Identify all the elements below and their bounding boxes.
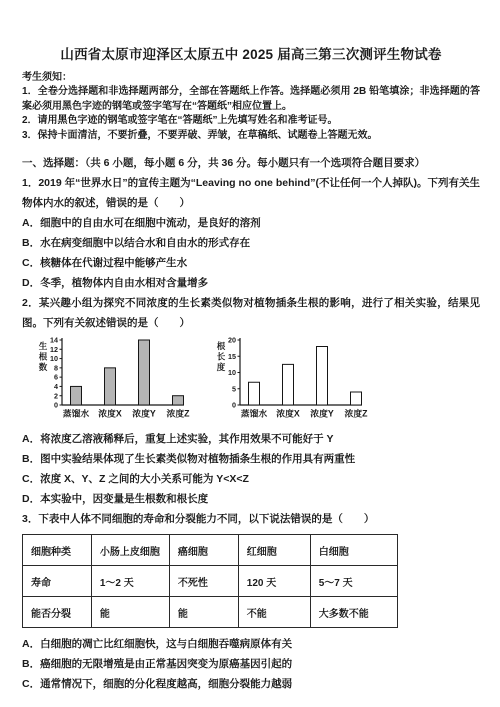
svg-text:数: 数 xyxy=(39,362,48,372)
question-3-stem: 3．下表中人体不同细胞的寿命和分裂能力不同，以下说法错误的是（ ） xyxy=(22,509,480,529)
question-1-stem: 1．2019 年“世界水日”的宣传主题为“Leaving no one behi… xyxy=(22,173,480,213)
table-row: 细胞种类 小肠上皮细胞 癌细胞 红细胞 白细胞 xyxy=(23,535,398,566)
table-cell: 不能 xyxy=(238,597,310,628)
table-cell: 能 xyxy=(169,597,238,628)
table-cell: 小肠上皮细胞 xyxy=(91,535,169,566)
question-2-option-b: B．图中实验结果体现了生长素类似物对植物插条生根的作用具有两重性 xyxy=(22,449,480,469)
svg-text:4: 4 xyxy=(54,382,58,391)
table-cell: 白细胞 xyxy=(310,535,397,566)
svg-text:0: 0 xyxy=(54,401,58,410)
question-2-option-d: D．本实验中，因变量是生根数和根长度 xyxy=(22,489,480,509)
svg-text:15: 15 xyxy=(228,352,236,361)
table-cell: 5～7 天 xyxy=(310,566,397,597)
svg-text:浓度X: 浓度X xyxy=(98,408,122,419)
svg-text:蒸馏水: 蒸馏水 xyxy=(241,408,268,419)
svg-text:根: 根 xyxy=(217,341,226,351)
svg-text:生: 生 xyxy=(39,341,48,351)
table-cell: 寿命 xyxy=(23,566,92,597)
svg-text:浓度Z: 浓度Z xyxy=(345,408,369,419)
svg-text:度: 度 xyxy=(217,362,226,372)
table-cell: 红细胞 xyxy=(238,535,310,566)
table-cell: 1～2 天 xyxy=(91,566,169,597)
svg-text:2: 2 xyxy=(54,391,58,400)
svg-text:蒸馏水: 蒸馏水 xyxy=(63,408,90,419)
table-cell: 120 天 xyxy=(238,566,310,597)
exam-paper-page: 山西省太原市迎泽区太原五中 2025 届高三第三次测评生物试卷 考生须知： 1．… xyxy=(0,0,500,707)
svg-text:浓度Z: 浓度Z xyxy=(167,408,191,419)
table-cell: 不死性 xyxy=(169,566,238,597)
svg-text:5: 5 xyxy=(232,384,236,393)
table-row: 寿命 1～2 天 不死性 120 天 5～7 天 xyxy=(23,566,398,597)
question-3-option-b: B．癌细胞的无限增殖是由正常基因突变为原癌基因引起的 xyxy=(22,654,480,674)
svg-text:浓度Y: 浓度Y xyxy=(310,408,334,419)
question-1-option-a: A．细胞中的自由水可在细胞中流动，是良好的溶剂 xyxy=(22,213,480,233)
svg-text:10: 10 xyxy=(50,354,58,363)
table-cell: 能 xyxy=(91,597,169,628)
svg-text:0: 0 xyxy=(232,401,236,410)
svg-text:浓度X: 浓度X xyxy=(276,408,300,419)
table-cell: 大多数不能 xyxy=(310,597,397,628)
table-cell: 能否分裂 xyxy=(23,597,92,628)
root-length-bar-chart: 05101520根长度蒸馏水浓度X浓度Y浓度Z xyxy=(210,335,372,427)
notice-item: 3．保持卡面清洁，不要折叠，不要弄破、弄皱，在草稿纸、试题卷上答题无效。 xyxy=(22,129,480,144)
notice-heading: 考生须知： xyxy=(22,71,480,85)
question-1-option-d: D．冬季，植物体内自由水相对含量增多 xyxy=(22,273,480,293)
section-heading: 一、选择题：（共 6 小题，每小题 6 分，共 36 分。每小题只有一个选项符合… xyxy=(22,153,480,173)
svg-text:浓度Y: 浓度Y xyxy=(132,408,156,419)
svg-text:8: 8 xyxy=(54,363,58,372)
question-2-option-a: A．将浓度乙溶液稀释后，重复上述实验，其作用效果不可能好于 Y xyxy=(22,429,480,449)
question-3-option-c: C．通常情况下，细胞的分化程度越高，细胞分裂能力越弱 xyxy=(22,674,480,694)
table-cell: 癌细胞 xyxy=(169,535,238,566)
cell-lifespan-table: 细胞种类 小肠上皮细胞 癌细胞 红细胞 白细胞 寿命 1～2 天 不死性 120… xyxy=(22,534,398,628)
question-2-figure: 02468101214生根数蒸馏水浓度X浓度Y浓度Z 05101520根长度蒸馏… xyxy=(32,335,480,427)
svg-text:根: 根 xyxy=(39,352,48,362)
question-1-option-c: C．核糖体在代谢过程中能够产生水 xyxy=(22,253,480,273)
svg-text:10: 10 xyxy=(228,368,236,377)
page-title: 山西省太原市迎泽区太原五中 2025 届高三第三次测评生物试卷 xyxy=(22,46,480,63)
table-cell: 细胞种类 xyxy=(23,535,92,566)
svg-text:20: 20 xyxy=(228,336,236,345)
svg-text:14: 14 xyxy=(50,336,58,345)
rooting-count-bar-chart: 02468101214生根数蒸馏水浓度X浓度Y浓度Z xyxy=(32,335,194,427)
svg-text:12: 12 xyxy=(50,345,58,354)
question-3-option-a: A．白细胞的凋亡比红细胞快，这与白细胞吞噬病原体有关 xyxy=(22,634,480,654)
svg-text:长: 长 xyxy=(217,352,226,362)
notice-item: 2．请用黑色字迹的钢笔或签字笔在“答题纸”上先填写姓名和准考证号。 xyxy=(22,114,480,129)
question-2-stem: 2．某兴趣小组为探究不同浓度的生长素类似物对植物插条生根的影响，进行了相关实验，… xyxy=(22,293,480,333)
table-row: 能否分裂 能 能 不能 大多数不能 xyxy=(23,597,398,628)
svg-text:6: 6 xyxy=(54,373,58,382)
question-2-option-c: C．浓度 X、Y、Z 之间的大小关系可能为 Y<X<Z xyxy=(22,469,480,489)
notice-item: 1．全卷分选择题和非选择题两部分，全部在答题纸上作答。选择题必须用 2B 铅笔填… xyxy=(22,85,480,114)
question-1-option-b: B．水在病变细胞中以结合水和自由水的形式存在 xyxy=(22,233,480,253)
